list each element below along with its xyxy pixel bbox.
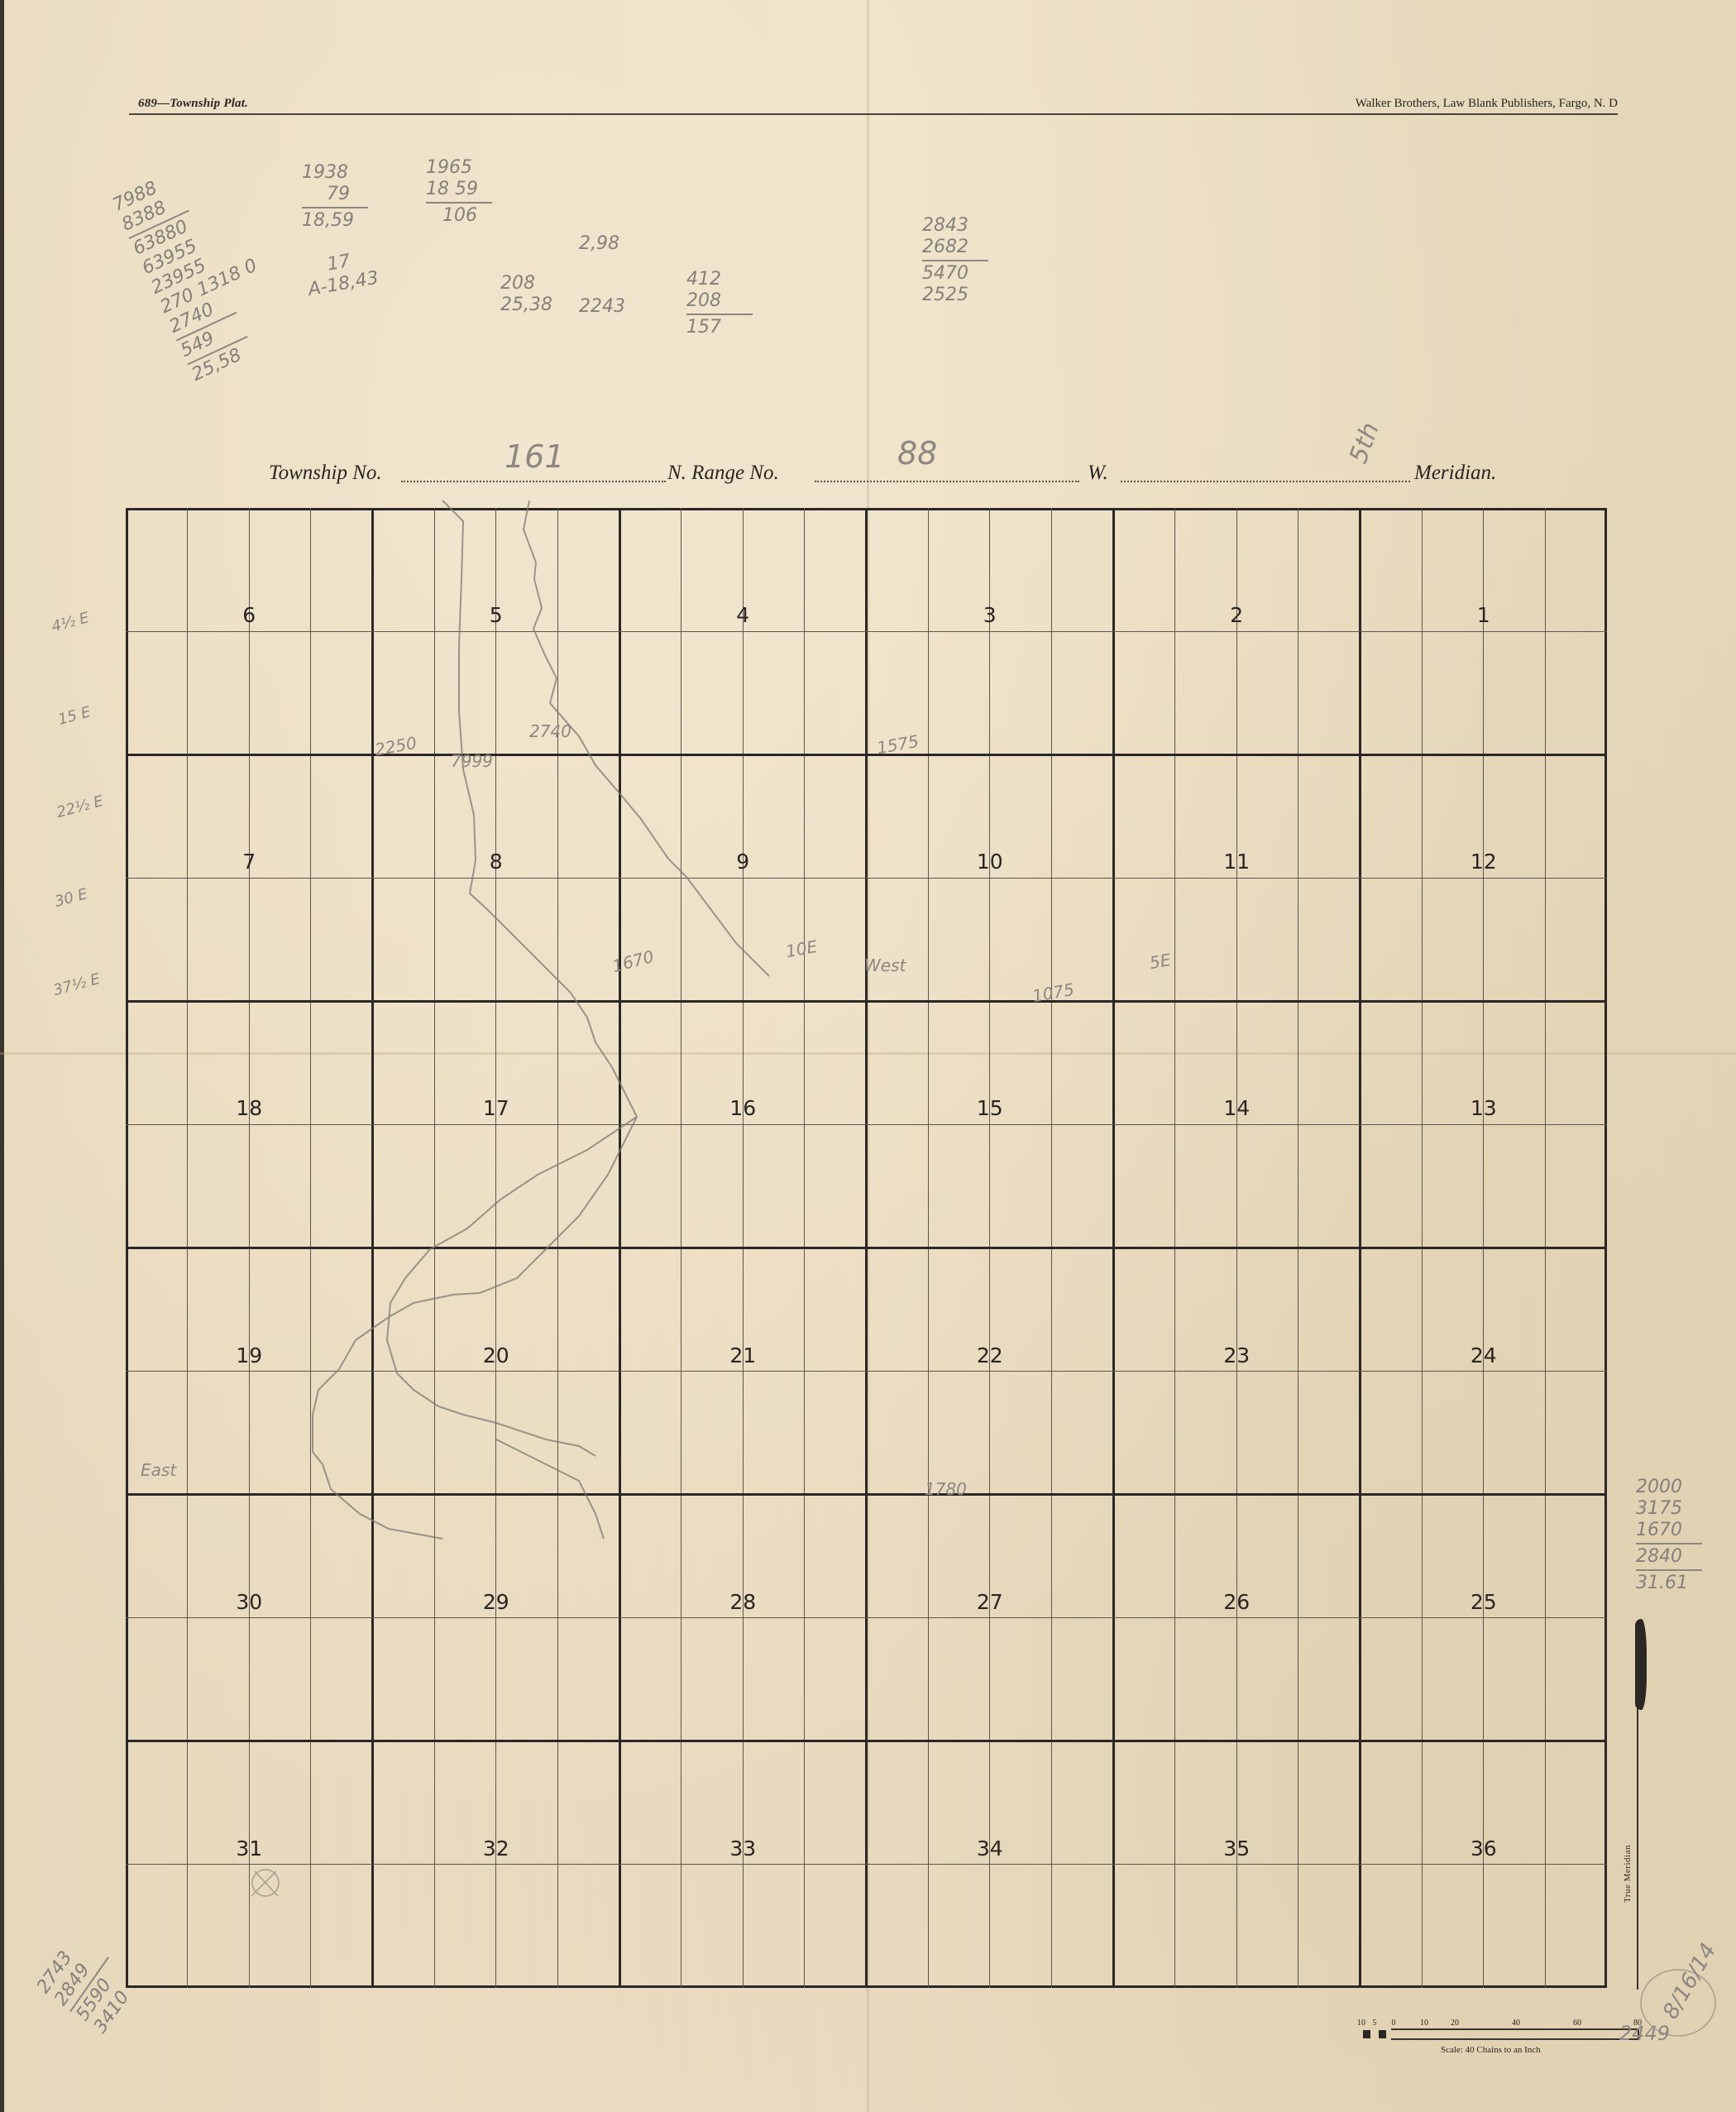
pencil-text: 157: [686, 317, 753, 338]
north-arrow-icon: [1635, 1619, 1647, 1710]
section-number: 36: [1471, 1837, 1497, 1861]
pencil-circled-note: 2449: [1619, 2022, 1670, 2045]
section-19[interactable]: 19: [126, 1248, 373, 1495]
pencil-text: 79: [302, 184, 368, 205]
pencil-rule: [686, 314, 753, 315]
section-number: 2: [1230, 603, 1243, 627]
section-number: 26: [1223, 1590, 1250, 1614]
pencil-text: 1670: [1636, 1520, 1702, 1541]
section-15[interactable]: 15: [867, 1001, 1114, 1248]
pencil-text: 2840: [1636, 1546, 1702, 1568]
section-number: 18: [236, 1096, 262, 1120]
pencil-text: 3175: [1636, 1498, 1702, 1520]
pencil-calc-2: 1965 18 59 106: [426, 157, 492, 227]
section-21[interactable]: 21: [619, 1248, 867, 1495]
section-20[interactable]: 20: [373, 1248, 620, 1495]
pencil-calc-6: 412 208 157: [686, 269, 753, 338]
section-23[interactable]: 23: [1113, 1248, 1361, 1495]
pencil-text: 2,98: [579, 233, 625, 255]
pencil-calc-3: 17 A-18,43: [303, 247, 380, 301]
grid-pencil-note: 2740: [529, 721, 571, 741]
pencil-text: 2843: [922, 215, 988, 237]
scale-bar-segment: [1363, 2030, 1370, 2038]
paper-edge: [0, 0, 4, 2112]
pencil-text: 208: [500, 273, 552, 295]
section-9[interactable]: 9: [619, 754, 867, 1001]
grid-pencil-note: East: [141, 1460, 176, 1480]
margin-bearing: 22½ E: [55, 793, 105, 821]
scale-tick: 40: [1512, 2019, 1520, 2028]
section-number: 29: [483, 1590, 509, 1614]
scale-tick: 5: [1373, 2019, 1377, 2028]
pencil-text: 1938: [302, 162, 368, 184]
section-2[interactable]: 2: [1113, 508, 1361, 754]
pencil-rule: [302, 207, 368, 208]
section-31[interactable]: 31: [126, 1741, 373, 1988]
grid-pencil-note: 5E: [1148, 950, 1172, 973]
pencil-text: 1965: [426, 157, 492, 179]
scale-bar-rule: [1391, 2028, 1639, 2040]
section-number: 14: [1223, 1096, 1250, 1120]
pencil-text: 31.61: [1636, 1573, 1702, 1594]
pencil-text: 2243: [579, 296, 625, 318]
section-13[interactable]: 13: [1361, 1001, 1608, 1248]
section-number: 4: [736, 603, 749, 627]
section-7[interactable]: 7: [126, 754, 373, 1001]
meridian-label: Meridian.: [1414, 462, 1496, 485]
margin-bearing: 15 E: [56, 703, 93, 729]
township-label: Township No.: [269, 462, 382, 485]
range-fill-line: [815, 481, 1079, 482]
section-number: 22: [977, 1343, 1003, 1367]
section-8[interactable]: 8: [373, 754, 620, 1001]
pencil-text: 18 59: [426, 179, 492, 200]
pencil-calc-4: 208 25,38: [500, 273, 552, 316]
margin-bearing: 30 E: [53, 885, 89, 911]
pencil-text: 412: [686, 269, 753, 290]
section-number: 35: [1223, 1837, 1250, 1861]
section-number: 9: [736, 850, 749, 874]
pencil-rule: [1636, 1543, 1702, 1544]
grid-pencil-note: 1780: [925, 1479, 967, 1499]
section-number: 17: [483, 1096, 509, 1120]
section-26[interactable]: 26: [1113, 1495, 1361, 1741]
pencil-date-note: 8/16/14: [1658, 1939, 1721, 2023]
section-number: 1: [1477, 603, 1490, 627]
section-number: 27: [977, 1590, 1003, 1614]
section-4[interactable]: 4: [619, 508, 867, 754]
section-16[interactable]: 16: [619, 1001, 867, 1248]
section-number: 23: [1223, 1343, 1250, 1367]
section-12[interactable]: 12: [1361, 754, 1608, 1001]
scale-tick: 60: [1573, 2019, 1581, 2028]
margin-bearing: 4½ E: [50, 609, 91, 635]
section-1[interactable]: 1: [1361, 508, 1608, 754]
section-number: 33: [729, 1837, 756, 1861]
section-6[interactable]: 6: [126, 508, 373, 754]
section-22[interactable]: 22: [867, 1248, 1114, 1495]
pencil-rule: [426, 202, 492, 204]
west-label: W.: [1088, 462, 1108, 485]
header-rule: [129, 113, 1618, 115]
section-number: 8: [490, 850, 503, 874]
township-number: 161: [505, 438, 565, 475]
scale-tick: 0: [1392, 2019, 1396, 2028]
publisher-credit: Walker Brothers, Law Blank Publishers, F…: [1356, 97, 1618, 111]
section-25[interactable]: 25: [1361, 1495, 1608, 1741]
meridian-value: 5th: [1344, 419, 1385, 467]
section-28[interactable]: 28: [619, 1495, 867, 1741]
pencil-calc-1: 1938 79 18,59: [302, 162, 368, 232]
section-number: 16: [729, 1096, 756, 1120]
section-number: 15: [977, 1096, 1003, 1120]
section-17[interactable]: 17: [373, 1001, 620, 1248]
range-number: 88: [897, 435, 937, 472]
scale-tick: 10: [1357, 2019, 1365, 2028]
section-24[interactable]: 24: [1361, 1248, 1608, 1495]
grid-pencil-note: West: [864, 955, 906, 975]
pencil-text: 5470: [922, 263, 988, 285]
section-number: 21: [729, 1343, 756, 1367]
margin-bearing: 37½ E: [51, 970, 102, 999]
section-number: 5: [490, 603, 503, 627]
scale-bar-segment: [1379, 2030, 1386, 2038]
section-5[interactable]: 5: [373, 508, 620, 754]
form-title: 689—Township Plat.: [138, 97, 248, 111]
north-range-label: N. Range No.: [667, 462, 779, 485]
pencil-calc-right-margin: 2000 3175 1670 2840 31.61: [1636, 1477, 1702, 1594]
township-plat-grid: 6543217891011121817161514131920212223243…: [126, 508, 1607, 1988]
section-number: 12: [1471, 850, 1497, 874]
section-34[interactable]: 34: [867, 1741, 1114, 1988]
section-number: 10: [977, 850, 1003, 874]
section-number: 20: [483, 1343, 509, 1367]
scale-bar: 10 5 0 10 20 40 60 80 Scale: 40 Chains t…: [1358, 2012, 1639, 2070]
section-33[interactable]: 33: [619, 1741, 867, 1988]
pencil-text: 2682: [922, 237, 988, 258]
section-number: 11: [1223, 850, 1250, 874]
section-18[interactable]: 18: [126, 1001, 373, 1248]
section-number: 13: [1471, 1096, 1497, 1120]
section-3[interactable]: 3: [867, 508, 1114, 754]
section-number: 19: [236, 1343, 262, 1367]
pencil-text: 2000: [1636, 1477, 1702, 1498]
pencil-calc-7: 2843 2682 5470 2525: [922, 215, 988, 306]
pencil-text: 106: [426, 205, 492, 227]
section-29[interactable]: 29: [373, 1495, 620, 1741]
section-number: 24: [1471, 1343, 1497, 1367]
grid-pencil-note: 7999: [451, 751, 493, 771]
township-fill-line: [401, 481, 666, 482]
pencil-text: 25,38: [500, 295, 552, 316]
section-number: 7: [242, 850, 256, 874]
section-number: 34: [977, 1837, 1003, 1861]
scale-tick: 20: [1451, 2019, 1459, 2028]
section-number: 28: [729, 1590, 756, 1614]
section-number: 30: [236, 1590, 262, 1614]
section-35[interactable]: 35: [1113, 1741, 1361, 1988]
true-meridian-label: True Meridian: [1623, 1845, 1633, 1903]
pencil-rule: [922, 260, 988, 261]
section-number: 3: [983, 603, 997, 627]
pencil-text: 18,59: [302, 210, 368, 232]
pencil-rule: [1636, 1569, 1702, 1571]
pencil-text: 2525: [922, 285, 988, 306]
section-number: 32: [483, 1837, 509, 1861]
section-30[interactable]: 30: [126, 1495, 373, 1741]
section-number: 31: [236, 1837, 262, 1861]
section-27[interactable]: 27: [867, 1495, 1114, 1741]
pencil-text: 208: [686, 290, 753, 312]
scale-tick: 10: [1420, 2019, 1428, 2028]
meridian-fill-line: [1121, 481, 1410, 482]
section-number: 25: [1471, 1590, 1497, 1614]
pencil-calc-left-stack: 7988 8388 63880 63955 23955 270 1318 0 2…: [110, 153, 293, 386]
pencil-calc-5: 2,98 2243: [579, 233, 625, 318]
section-32[interactable]: 32: [373, 1741, 620, 1988]
township-title-line: Township No. 161 N. Range No. 88 W. 5th …: [269, 462, 1559, 488]
section-14[interactable]: 14: [1113, 1001, 1361, 1248]
section-36[interactable]: 36: [1361, 1741, 1608, 1988]
scale-caption: Scale: 40 Chains to an Inch: [1441, 2045, 1541, 2055]
section-number: 6: [242, 603, 256, 627]
